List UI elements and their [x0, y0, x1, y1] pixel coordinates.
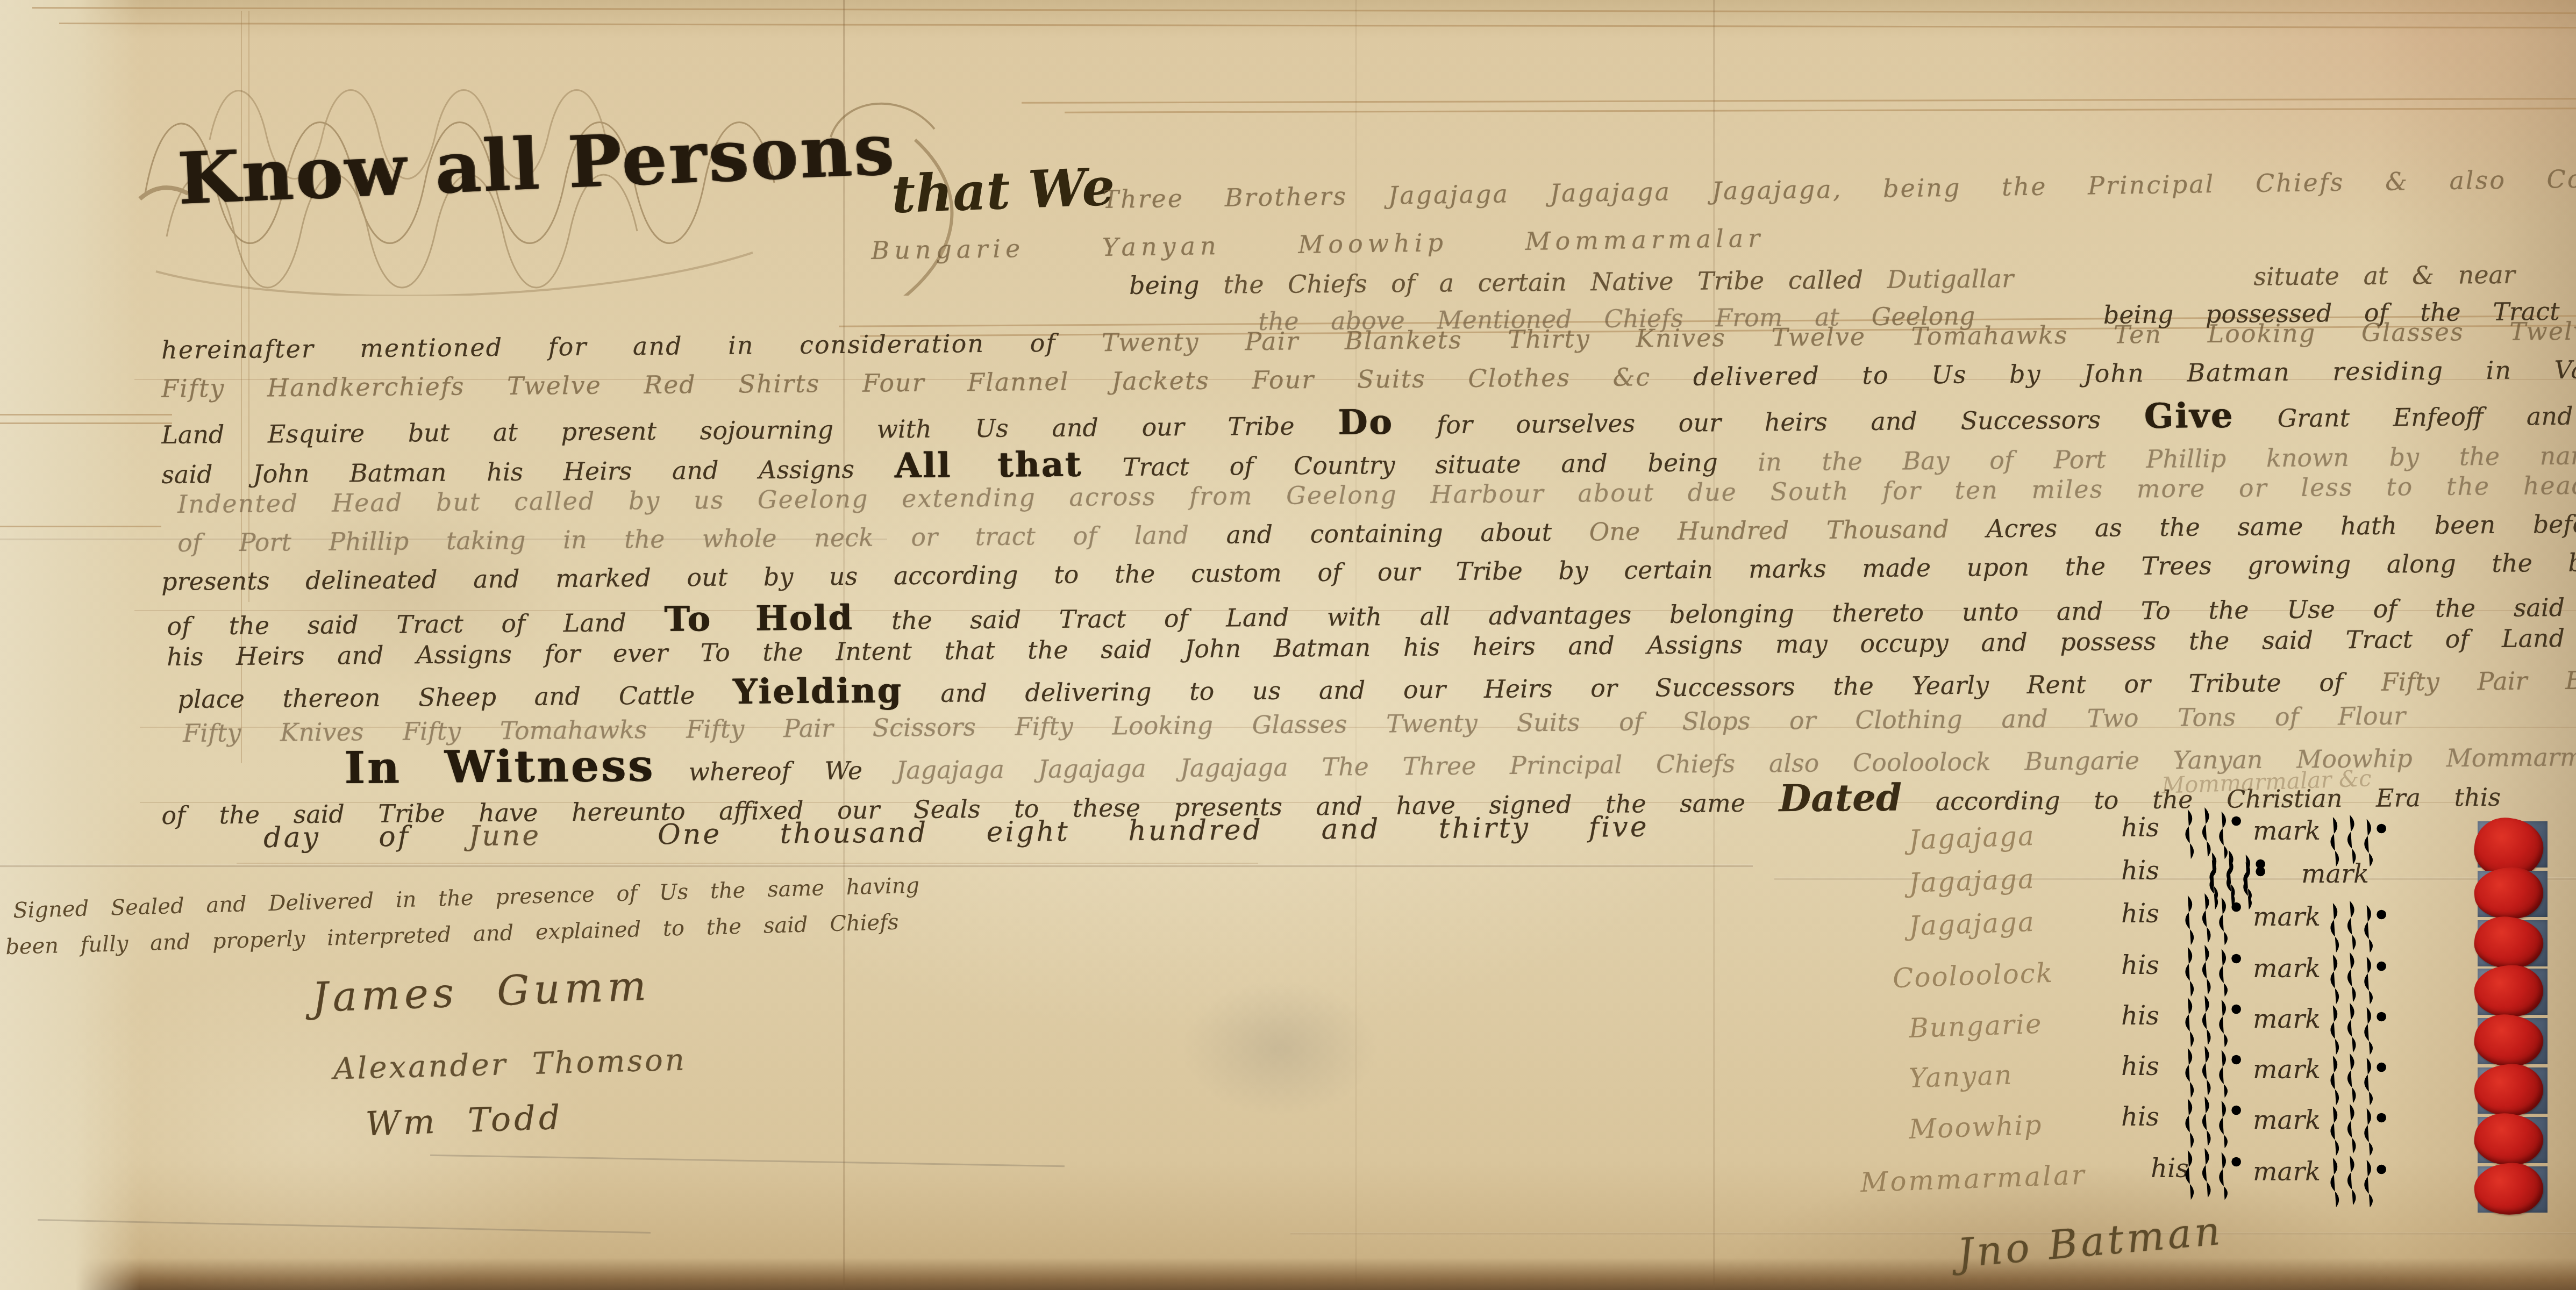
ruled-line: [237, 863, 1258, 864]
chief-name: Jagajaga: [1908, 820, 2036, 856]
pencil-line: [430, 1155, 1065, 1167]
witness-signature: Wm Todd: [365, 1098, 564, 1144]
document-line: Three Brothers Jagajaga Jagajaga Jagajag…: [1102, 163, 2576, 213]
text-segment: of the said Tract of Land: [167, 608, 664, 641]
wax-seal: [2478, 821, 2548, 868]
wax-seal: [2478, 920, 2548, 966]
text-segment: being: [1129, 270, 1200, 300]
text-segment: of Port Phillip taking in the whole neck…: [177, 520, 1226, 557]
chief-name: Bungarie: [1908, 1008, 2043, 1044]
wax-seal: [2478, 871, 2548, 917]
text-segment: Grant Enfeoff and confirm unto the: [2234, 399, 2576, 433]
chief-name: Mommarmalar: [1860, 1159, 2087, 1199]
ruled-line: [0, 526, 161, 527]
chief-signature-row: Moowhip his mark: [1828, 1102, 2527, 1156]
his-label: his: [2121, 813, 2159, 843]
document-line: being the Chiefs of a certain Native Tri…: [1129, 261, 2515, 300]
his-label: his: [2121, 1051, 2159, 1081]
witness-signature: Alexander Thomson: [333, 1042, 687, 1086]
text-segment: whereof We: [655, 756, 896, 787]
text-segment: for ourselves our heirs and Successors: [1393, 405, 2144, 440]
parchment-document: Know all Persons that We Three Brothers …: [0, 0, 2576, 1290]
his-label: his: [2121, 950, 2159, 980]
ruled-line: [32, 7, 2576, 14]
mark-squiggle-icon: [2180, 994, 2244, 1052]
chief-signature-row: Bungarie his mark: [1828, 1001, 2527, 1055]
wax-seal: [2478, 1166, 2548, 1213]
title-connector: that We: [890, 156, 1116, 225]
text-segment: One Hundred Thousand: [1589, 514, 1987, 547]
text-segment: hereinafter mentioned for and in conside…: [161, 328, 1102, 364]
his-label: his: [2121, 856, 2159, 886]
ruled-line: [59, 23, 2576, 28]
ruled-line: [0, 414, 172, 415]
text-segment: Yielding: [733, 670, 903, 711]
wax-seal: [2478, 969, 2548, 1015]
text-segment: Tract of Country situate and being: [1082, 448, 1758, 482]
text-segment: [2014, 262, 2254, 293]
text-segment: situate at & near: [2253, 260, 2515, 291]
text-segment: day of: [263, 820, 469, 854]
text-segment: said John Batman his Heirs and Assigns: [161, 454, 895, 489]
chief-signature-row: Mommarmalar his mark: [1828, 1153, 2527, 1207]
fold-crease: [1290, 1232, 2576, 1235]
fold-crease: [0, 864, 1753, 868]
text-segment: Give: [2144, 395, 2234, 436]
text-segment: June: [468, 820, 541, 852]
text-segment: the Chiefs of a certain Native Tribe cal…: [1199, 265, 1887, 299]
chief-name: Yanyan: [1908, 1059, 2013, 1094]
batman-signature: Jno Batman: [1956, 1208, 2225, 1277]
text-segment: Do: [1338, 402, 1394, 442]
mark-label: mark: [2253, 1004, 2321, 1034]
mark-squiggle-icon: [2180, 1147, 2244, 1205]
mark-squiggle-icon: [2180, 944, 2244, 1002]
chief-signature-row: Yanyan his mark: [1828, 1051, 2527, 1105]
chief-signature-row: Jagajaga his mark: [1828, 899, 2527, 952]
chief-name: Moowhip: [1908, 1109, 2043, 1145]
pencil-line: [38, 1219, 651, 1234]
document-line: Bungarie Yanyan Moowhip Mommarmalar: [871, 224, 1765, 265]
ruled-line: [0, 422, 172, 424]
his-label: his: [2121, 899, 2159, 929]
text-segment: Bungarie Yanyan Moowhip Mommarmalar: [871, 224, 1765, 265]
wax-seal: [2478, 1117, 2548, 1163]
chief-name: Cooloolock: [1892, 957, 2054, 994]
text-segment: Three Brothers Jagajaga Jagajaga Jagajag…: [1102, 162, 2576, 214]
text-segment: delivered to Us by John Batman residing …: [1693, 354, 2576, 391]
witness-signature: James Gumm: [311, 962, 652, 1021]
ruled-line: [1065, 107, 2576, 113]
text-segment: and containing about: [1226, 517, 1589, 549]
text-segment: All that: [894, 444, 1082, 486]
mark-squiggle-icon: [2325, 1155, 2389, 1213]
chief-signature-row: Cooloolock his mark: [1828, 950, 2527, 1004]
his-label: his: [2121, 1001, 2159, 1031]
wax-seal: [2478, 1018, 2548, 1064]
chief-name: Jagajaga: [1908, 906, 2036, 942]
mark-label: mark: [2253, 1105, 2321, 1135]
mark-label: mark: [2253, 1157, 2321, 1187]
mark-squiggle-icon: [2325, 1103, 2389, 1161]
text-segment: In Witness: [344, 740, 655, 794]
text-segment: Dutigallar: [1887, 264, 2014, 294]
mark-label: mark: [2253, 816, 2321, 846]
text-segment: and delivering to us and our Heirs or Su…: [903, 668, 2381, 708]
text-segment: place thereon Sheep and Cattle: [177, 680, 733, 714]
text-segment: Fifty Pair Blankets: [2381, 665, 2576, 697]
mark-label: mark: [2253, 902, 2321, 932]
mark-label: mark: [2253, 1055, 2321, 1085]
his-label: his: [2121, 1102, 2159, 1132]
mark-squiggle-icon: [2180, 1045, 2244, 1103]
text-segment: Fifty Handkerchiefs Twelve Red Shirts Fo…: [161, 362, 1693, 403]
mark-squiggle-icon: [2180, 892, 2244, 950]
mark-label: mark: [2253, 954, 2321, 984]
wax-seal: [2478, 1067, 2548, 1114]
mark-squiggle-icon: [2325, 900, 2389, 958]
mark-squiggle-icon: [2180, 1095, 2244, 1153]
text-segment: Acres as the same hath been before the e…: [1986, 506, 2576, 543]
text-segment: To Hold: [664, 597, 854, 639]
ruled-line: [1022, 98, 2576, 104]
text-segment: in the Bay of Port Phillip known by the …: [1758, 440, 2576, 476]
chief-name: Jagajaga: [1908, 863, 2036, 899]
mark-label: mark: [2301, 859, 2369, 889]
